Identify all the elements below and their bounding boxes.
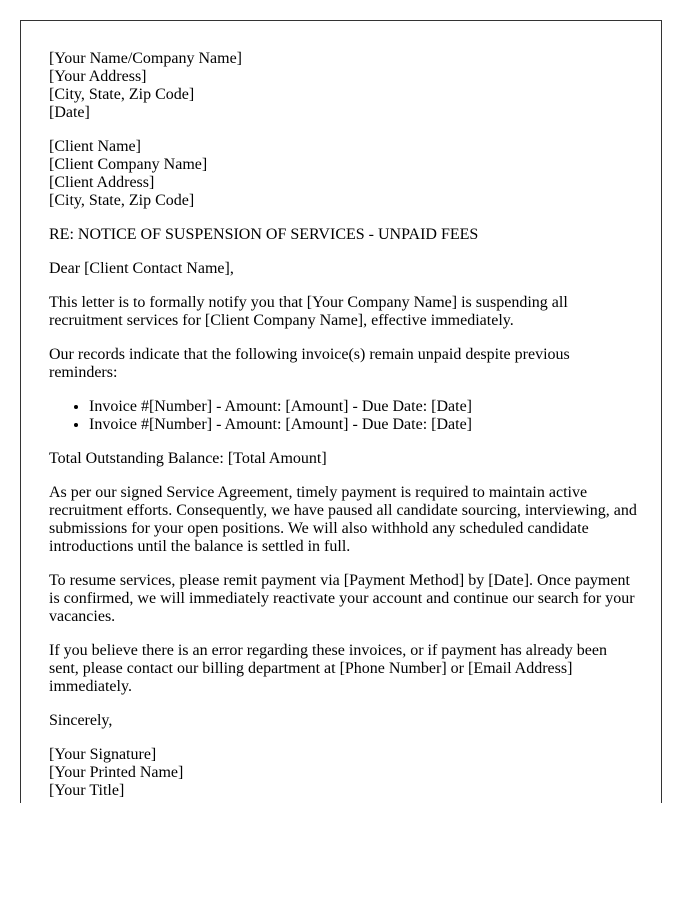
recipient-name: [Client Name]: [49, 138, 639, 156]
sender-title: [Your Title]: [49, 782, 639, 800]
agreement-paragraph: As per our signed Service Agreement, tim…: [49, 484, 639, 556]
invoice-item: Invoice #[Number] - Amount: [Amount] - D…: [89, 398, 639, 416]
recipient-block: [Client Name] [Client Company Name] [Cli…: [49, 138, 639, 210]
subject-line: RE: NOTICE OF SUSPENSION OF SERVICES - U…: [49, 226, 639, 244]
signature-block: [Your Signature] [Your Printed Name] [Yo…: [49, 746, 639, 800]
salutation: Dear [Client Contact Name],: [49, 260, 639, 278]
contact-paragraph: If you believe there is an error regardi…: [49, 642, 639, 696]
recipient-city-state-zip: [City, State, Zip Code]: [49, 192, 639, 210]
resume-paragraph: To resume services, please remit payment…: [49, 572, 639, 626]
sender-city-state-zip: [City, State, Zip Code]: [49, 86, 639, 104]
letter-page: [Your Name/Company Name] [Your Address] …: [20, 20, 662, 803]
recipient-address: [Client Address]: [49, 174, 639, 192]
invoice-item: Invoice #[Number] - Amount: [Amount] - D…: [89, 416, 639, 434]
signature: [Your Signature]: [49, 746, 639, 764]
printed-name: [Your Printed Name]: [49, 764, 639, 782]
letter-date: [Date]: [49, 104, 639, 122]
letter-content: [Your Name/Company Name] [Your Address] …: [49, 50, 639, 800]
sender-address: [Your Address]: [49, 68, 639, 86]
sender-block: [Your Name/Company Name] [Your Address] …: [49, 50, 639, 122]
invoice-list: Invoice #[Number] - Amount: [Amount] - D…: [49, 398, 639, 434]
recipient-company: [Client Company Name]: [49, 156, 639, 174]
records-paragraph: Our records indicate that the following …: [49, 346, 639, 382]
sender-name: [Your Name/Company Name]: [49, 50, 639, 68]
total-balance: Total Outstanding Balance: [Total Amount…: [49, 450, 639, 468]
intro-paragraph: This letter is to formally notify you th…: [49, 294, 639, 330]
closing: Sincerely,: [49, 712, 639, 730]
